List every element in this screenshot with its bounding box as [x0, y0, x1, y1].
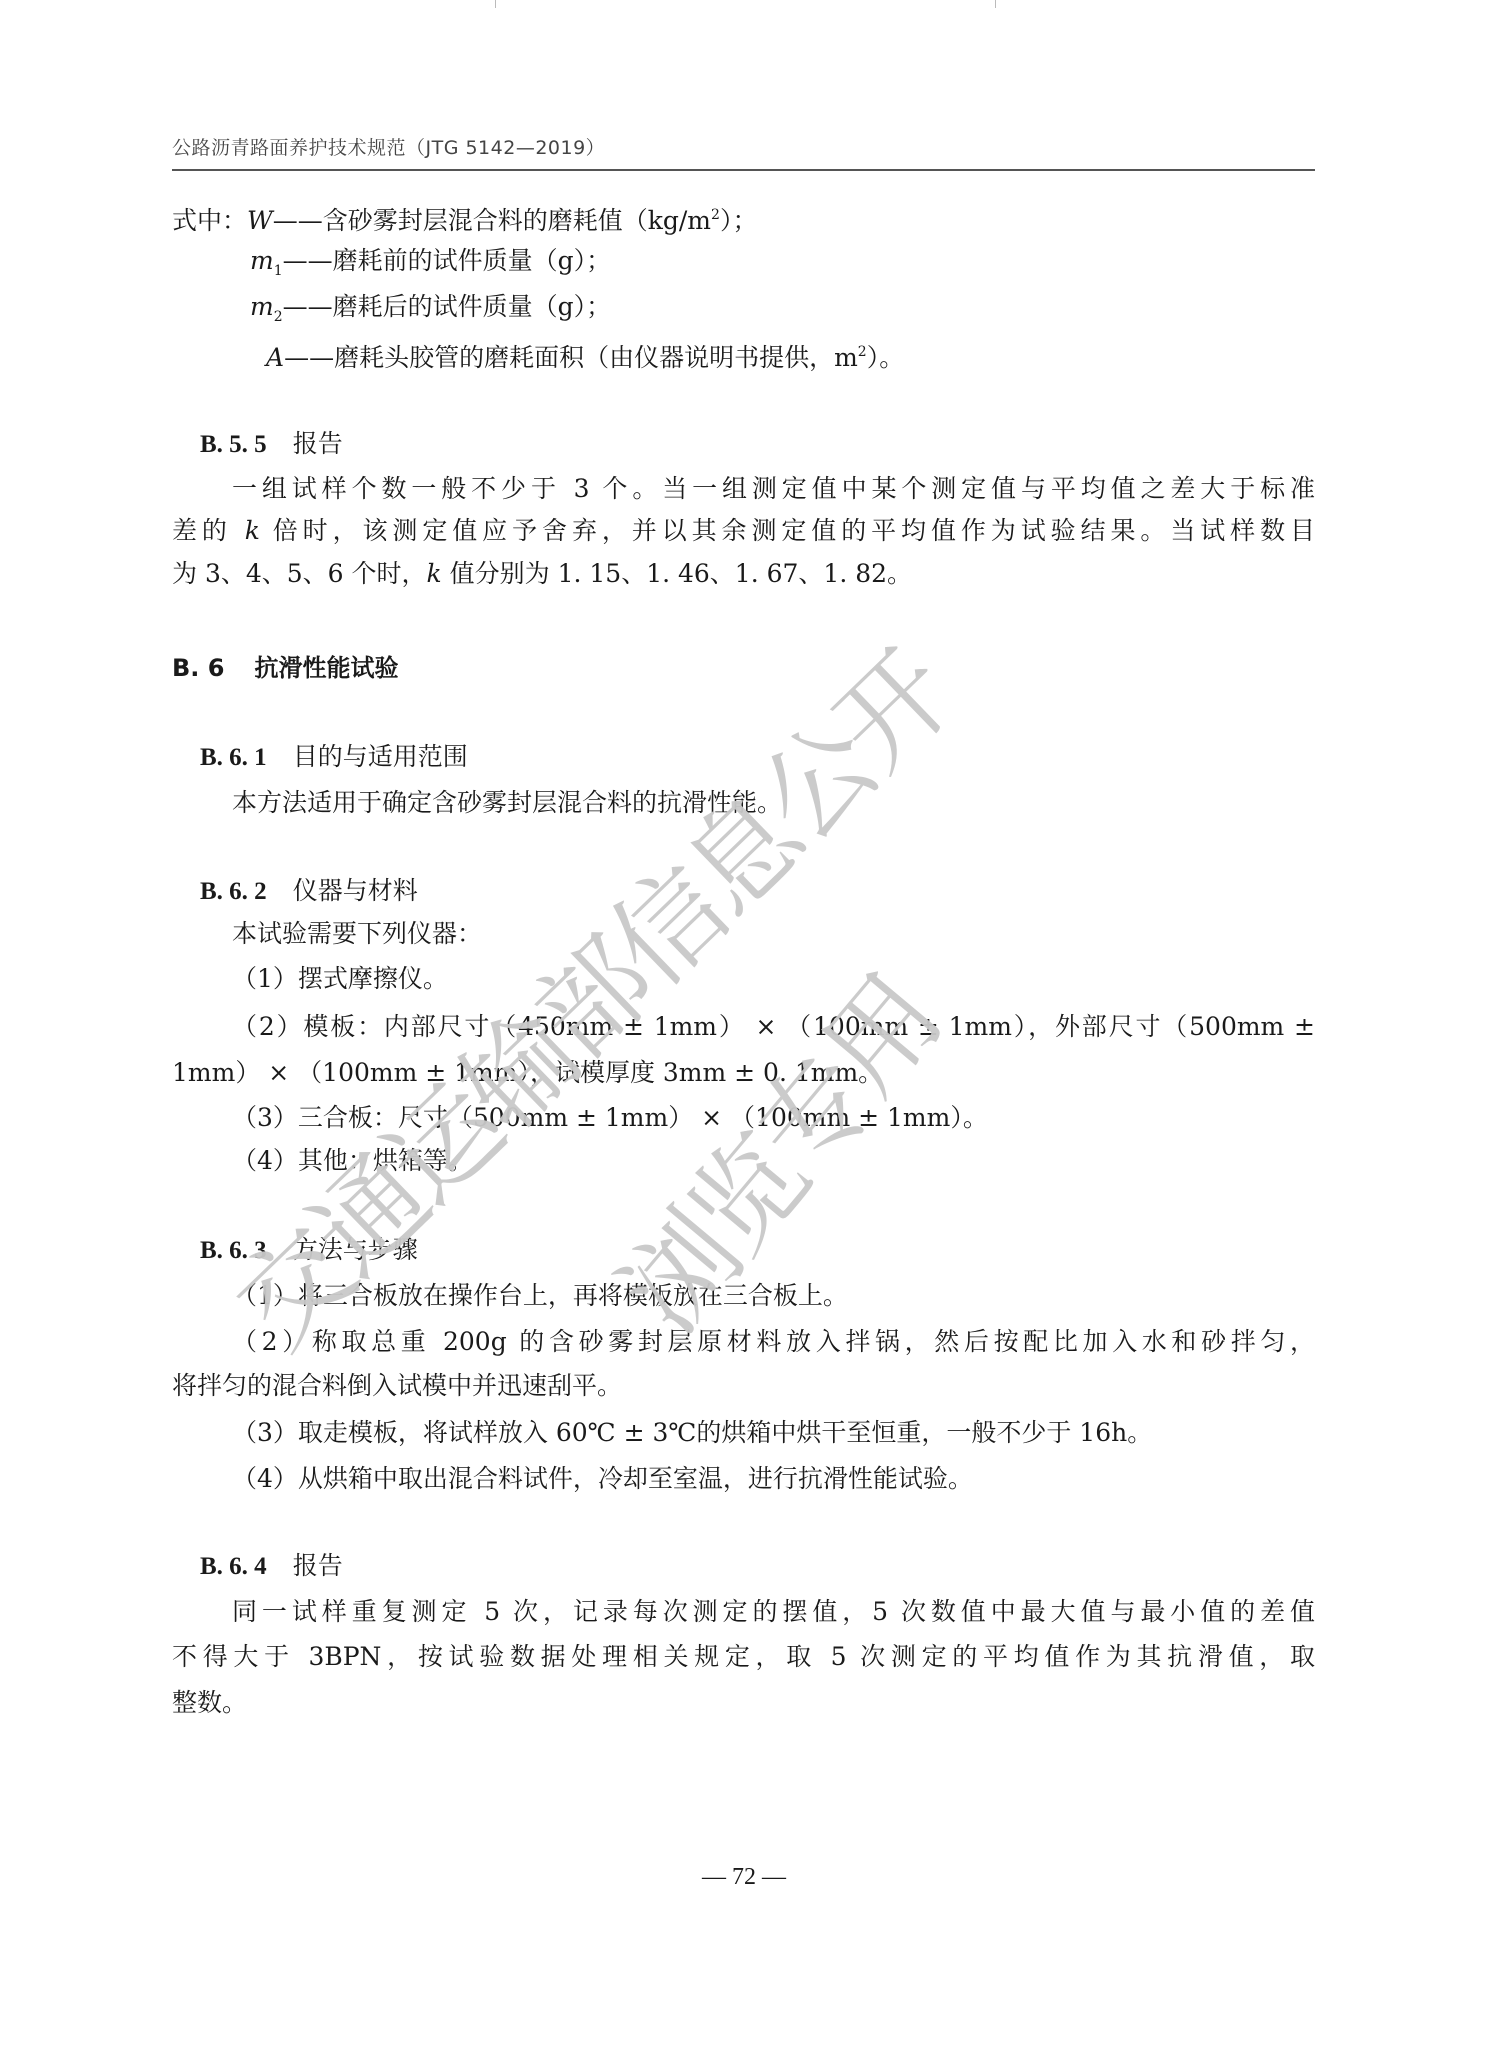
list-item: （4）从烘箱中取出混合料试件，冷却至室温，进行抗滑性能试验。	[232, 1464, 1315, 1494]
header-rule	[172, 169, 1315, 171]
var-desc: 磨耗后的试件质量（g）；	[333, 292, 612, 321]
heading-title: 仪器与材料	[293, 876, 418, 905]
heading-title: 目的与适用范围	[293, 742, 468, 771]
var-dash: ——	[283, 292, 333, 321]
text-fragment: 为 3、4、5、6 个时，	[172, 559, 427, 588]
var-sub: 2	[274, 309, 283, 325]
formula-var-a: A——磨耗头胶管的磨耗面积（由仪器说明书提供，m2）。	[266, 337, 1409, 367]
paragraph-line: 不得大于 3BPN，按试验数据处理相关规定，取 5 次测定的平均值作为其抗滑值，…	[172, 1642, 1315, 1672]
var-k: k	[245, 516, 260, 545]
formula-var-m1: m1——磨耗前的试件质量（g）；	[250, 246, 1393, 276]
heading-title: 报告	[293, 429, 343, 458]
var-sub: 1	[274, 263, 283, 279]
paragraph-line: 本方法适用于确定含砂雾封层混合料的抗滑性能。	[232, 788, 1315, 818]
heading-title: 方法与步骤	[293, 1235, 418, 1264]
paragraph-line: 本试验需要下列仪器：	[232, 919, 1315, 949]
list-item: （3）三合板：尺寸（500mm ± 1mm） × （100mm ± 1mm）。	[232, 1103, 1315, 1133]
section-number: B. 6	[172, 654, 224, 682]
list-item: （2）模板：内部尺寸（450mm ± 1mm） × （100mm ± 1mm），…	[232, 1012, 1315, 1042]
page-number: — 72 —	[0, 1864, 1488, 1891]
list-item: （2）称取总重 200g 的含砂雾封层原材料放入拌锅，然后按配比加入水和砂拌匀，	[232, 1327, 1315, 1357]
heading-number: B. 6. 2	[200, 878, 267, 905]
crop-mark-left	[495, 0, 496, 8]
heading-number: B. 6. 3	[200, 1237, 267, 1264]
paragraph-line: 差的 k 倍时，该测定值应予舍弃，并以其余测定值的平均值作为试验结果。当试样数目	[172, 516, 1315, 546]
list-item: （1）摆式摩擦仪。	[232, 964, 1315, 994]
paragraph-line: 一组试样个数一般不少于 3 个。当一组测定值中某个测定值与平均值之差大于标准	[232, 474, 1315, 504]
var-dash: ——	[273, 206, 323, 235]
text-fragment: 差的	[172, 516, 245, 545]
paragraph-line: 同一试样重复测定 5 次，记录每次测定的摆值，5 次数值中最大值与最小值的差值	[232, 1597, 1315, 1627]
heading-number: B. 5. 5	[200, 431, 267, 458]
var-sup: 2	[858, 344, 867, 360]
heading-b61: B. 6. 1目的与适用范围	[200, 742, 1315, 772]
paragraph-line: 为 3、4、5、6 个时，k 值分别为 1. 15、1. 46、1. 67、1.…	[172, 559, 1315, 589]
var-k: k	[427, 559, 442, 588]
list-item-continuation: 1mm） × （100mm ± 1mm），试模厚度 3mm ± 0. 1mm。	[172, 1058, 1315, 1088]
crop-mark-right	[995, 0, 996, 8]
list-item: （1）将三合板放在操作台上，再将模板放在三合板上。	[232, 1281, 1315, 1311]
section-title: 抗滑性能试验	[254, 654, 398, 682]
var-symbol: W	[247, 206, 273, 235]
heading-b62: B. 6. 2仪器与材料	[200, 876, 1315, 906]
formula-var-m2: m2——磨耗后的试件质量（g）；	[250, 292, 1393, 322]
list-item: （3）取走模板，将试样放入 60℃ ± 3℃的烘箱中烘干至恒重，一般不少于 16…	[232, 1418, 1315, 1448]
var-symbol: A	[266, 343, 284, 372]
heading-number: B. 6. 1	[200, 744, 267, 771]
var-dash: ——	[284, 343, 334, 372]
text-fragment: 倍时，该测定值应予舍弃，并以其余测定值的平均值作为试验结果。当试样数目	[273, 516, 1315, 545]
var-desc: 磨耗前的试件质量（g）；	[333, 246, 612, 275]
paragraph-line: 整数。	[172, 1688, 1315, 1718]
heading-b55: B. 5. 5报告	[200, 429, 1315, 459]
var-symbol: m	[250, 292, 274, 321]
var-tail: ）。	[867, 343, 905, 372]
list-item: （4）其他：烘箱等。	[232, 1146, 1315, 1176]
formula-var-w: 式中：W——含砂雾封层混合料的磨耗值（kg/m2）；	[172, 200, 1315, 230]
heading-number: B. 6. 4	[200, 1553, 267, 1580]
running-header-title: 公路沥青路面养护技术规范（JTG 5142—2019）	[172, 133, 605, 160]
heading-title: 报告	[293, 1551, 343, 1580]
heading-b64: B. 6. 4报告	[200, 1551, 1315, 1581]
section-heading-b6: B. 6抗滑性能试验	[172, 653, 1315, 683]
list-item-continuation: 将拌匀的混合料倒入试模中并迅速刮平。	[172, 1371, 1315, 1401]
var-tail: ）；	[720, 206, 758, 235]
text-fragment: 值分别为 1. 15、1. 46、1. 67、1. 82。	[450, 559, 912, 588]
var-desc: 磨耗头胶管的磨耗面积（由仪器说明书提供，m	[334, 343, 858, 372]
var-symbol: m	[250, 246, 274, 275]
var-desc: 含砂雾封层混合料的磨耗值（kg/m	[323, 206, 711, 235]
var-sup: 2	[711, 207, 720, 223]
heading-b63: B. 6. 3方法与步骤	[200, 1235, 1315, 1265]
var-dash: ——	[283, 246, 333, 275]
formula-intro: 式中：	[172, 206, 247, 235]
